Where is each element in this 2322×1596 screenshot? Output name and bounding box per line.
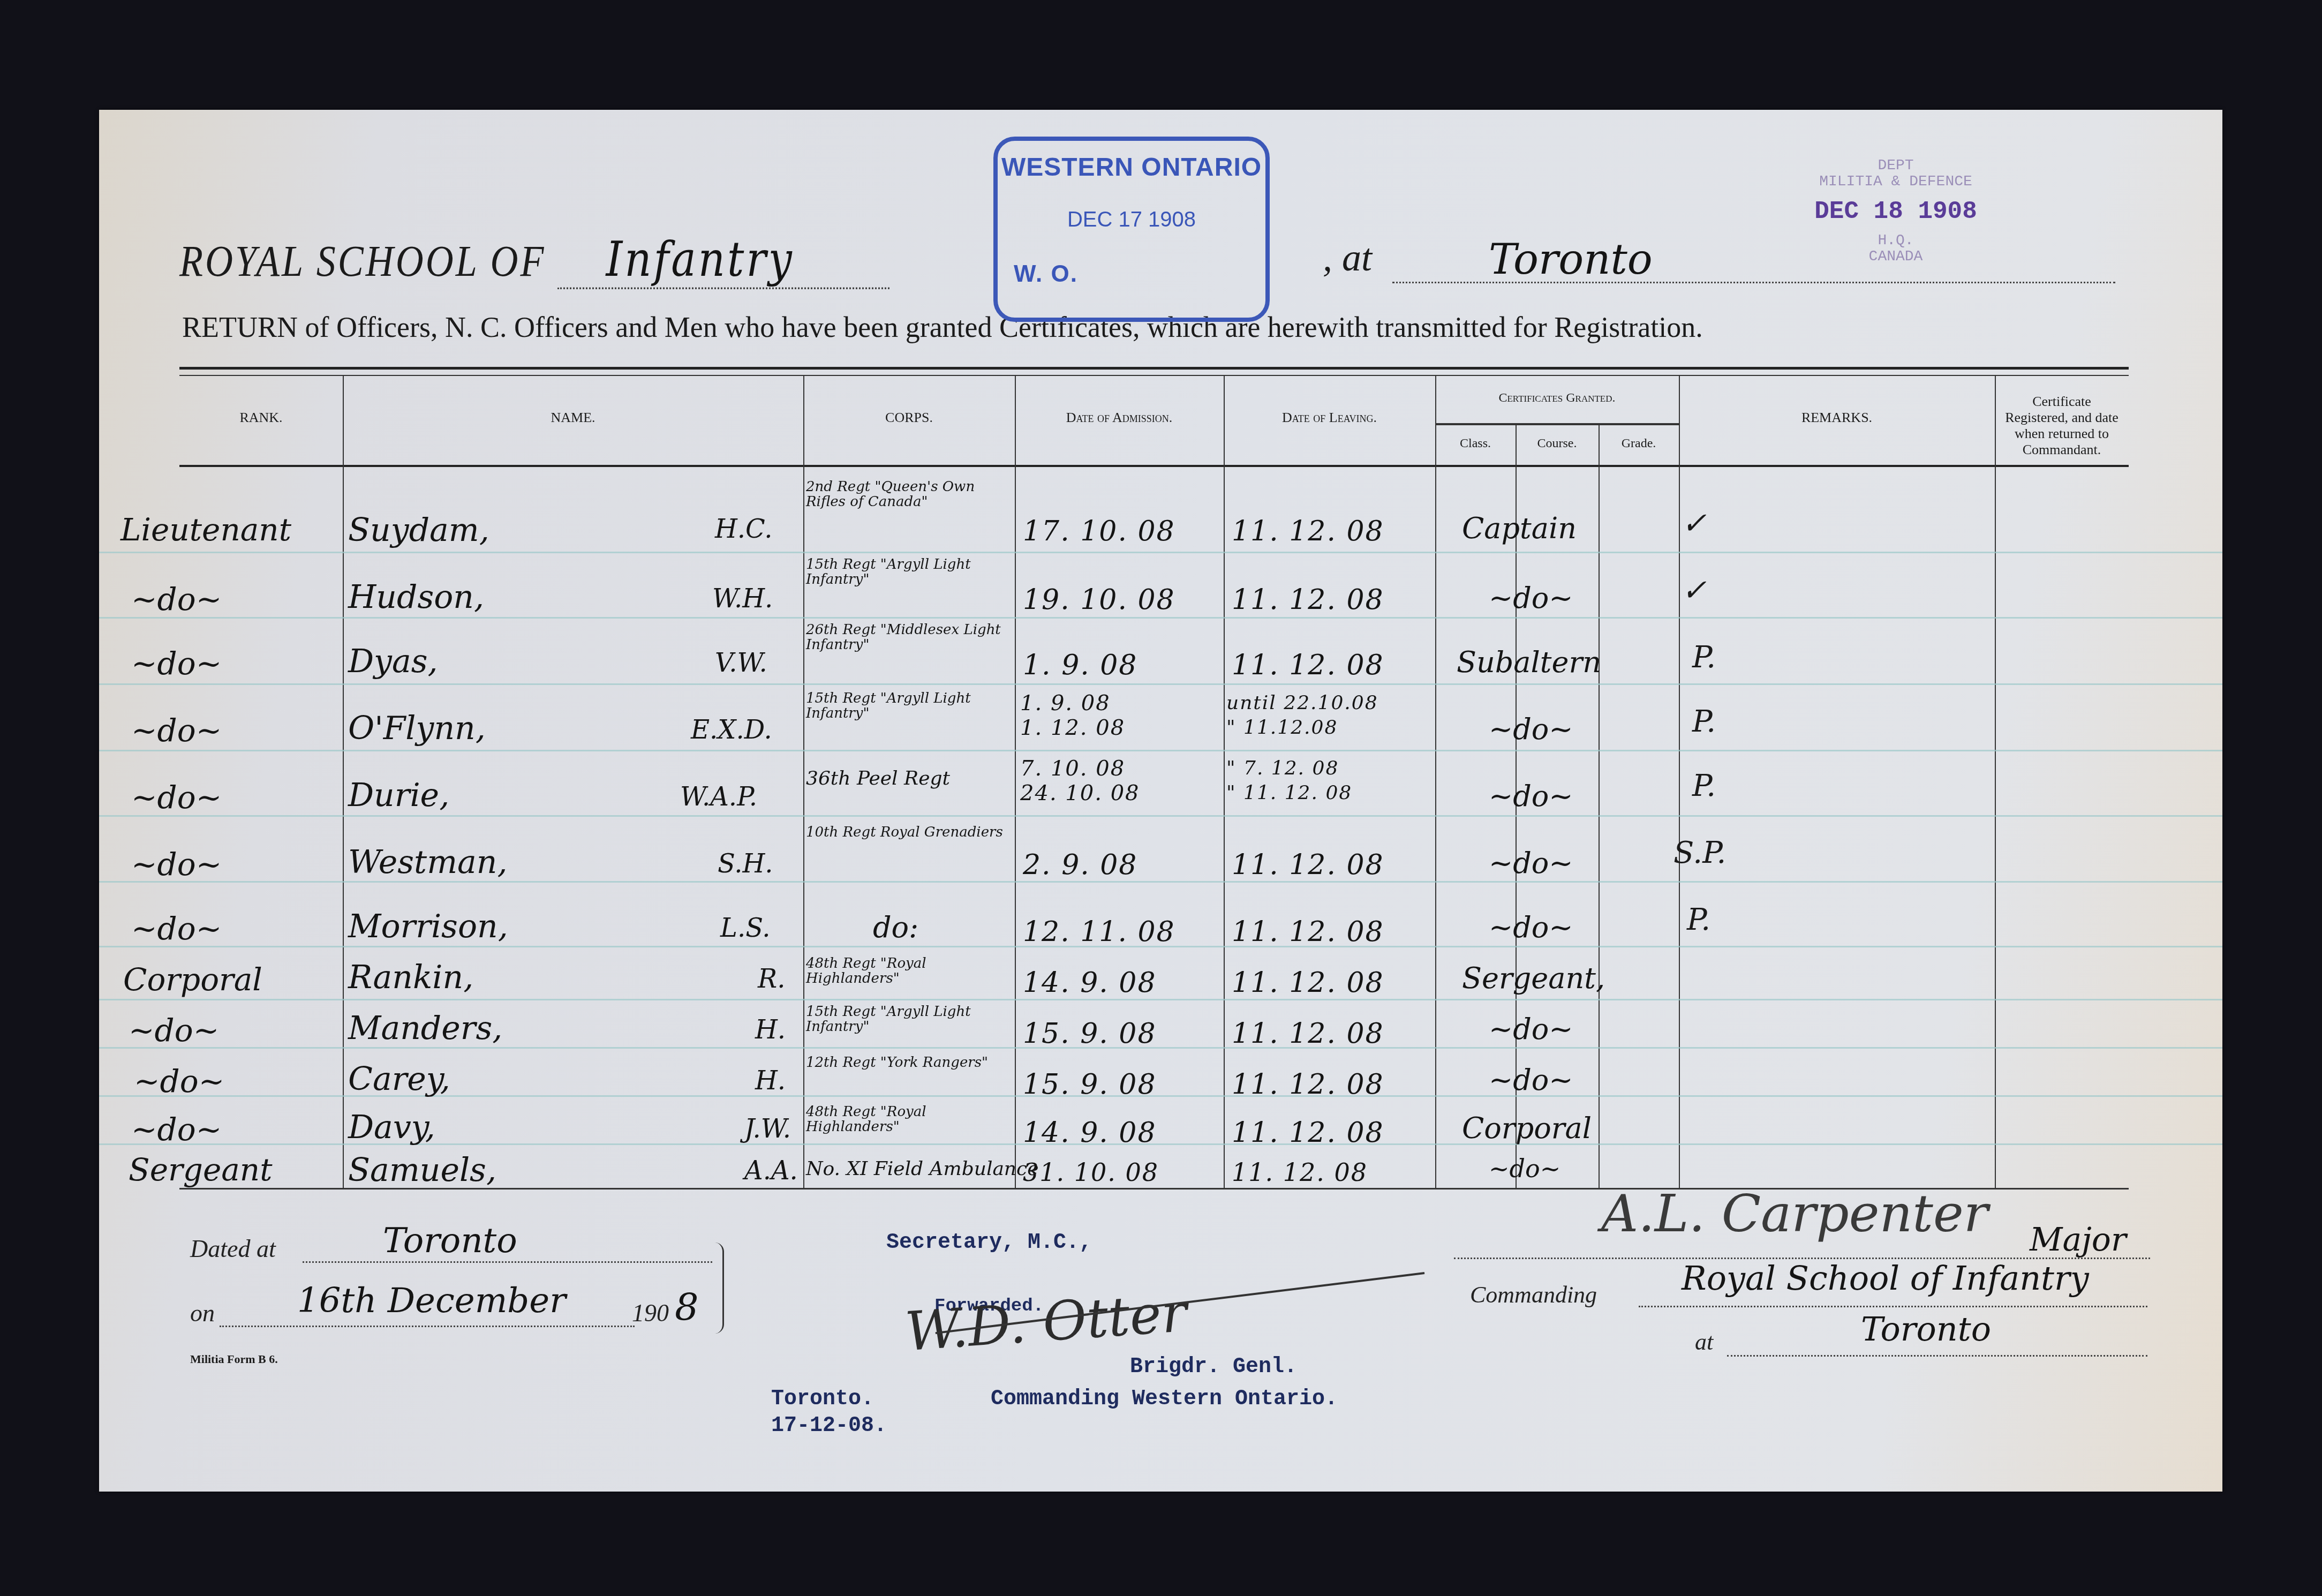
cell-admission: 14. 9. 08 <box>1023 1117 1157 1149</box>
cell-class: Subaltern <box>1457 645 1601 679</box>
header-course: Course. <box>1516 436 1599 451</box>
cell-remarks: P. <box>1692 640 1716 675</box>
cell-admission: 17. 10. 08 <box>1023 515 1175 547</box>
form-id: Militia Form B 6. <box>190 1352 278 1366</box>
cell-class: ~do~ <box>1489 1012 1573 1046</box>
cell-class: ~do~ <box>1489 846 1573 880</box>
cell-leaving: 11. 12. 08 <box>1232 849 1384 881</box>
header-grade: Grade. <box>1599 436 1679 451</box>
header-certificates-granted: Certificates Granted. <box>1435 391 1679 405</box>
cell-corps: 10th Regt Royal Grenadiers <box>806 825 1012 840</box>
typed-date: 17-12-08. <box>771 1414 887 1438</box>
cell-initials: E.X.D. <box>691 715 772 745</box>
date-brace <box>715 1243 724 1334</box>
return-description: RETURN of Officers, N. C. Officers and M… <box>182 311 1703 344</box>
cell-corps: 48th Regt "Royal Highlanders" <box>806 1104 1020 1134</box>
cell-rank: Lieutenant <box>120 511 291 548</box>
cell-rank: ~do~ <box>131 645 222 682</box>
cell-class: ~do~ <box>1489 779 1573 813</box>
cell-initials: S.H. <box>718 849 773 879</box>
ruled-line <box>99 750 2222 751</box>
secretary-line: Secretary, M.C., <box>886 1231 1092 1255</box>
cell-initials: H. <box>755 1015 786 1045</box>
header-class: Class. <box>1435 436 1516 451</box>
cell-corps: 15th Regt "Argyll Light Infantry" <box>806 691 1012 721</box>
at-label-footer: at <box>1695 1328 1713 1356</box>
at-label: , at <box>1323 236 1372 280</box>
cell-rank: ~do~ <box>129 1012 219 1049</box>
ruled-line <box>99 552 2222 553</box>
cell-initials: W.H. <box>712 584 773 614</box>
col-divider <box>1435 375 1436 1188</box>
commanding-western-ontario: Commanding Western Ontario. <box>991 1387 1338 1411</box>
cell-remarks: S.P. <box>1673 835 1726 870</box>
dated-at-value: Toronto <box>383 1221 517 1261</box>
cell-admission: 7. 10. 08 24. 10. 08 <box>1020 756 1140 805</box>
at-value-footer: Toronto <box>1861 1309 1991 1349</box>
cell-class: ~do~ <box>1489 581 1573 615</box>
header-registered: Certificate Registered, and date when re… <box>2000 394 2123 458</box>
cell-remarks: ✓ <box>1682 573 1707 608</box>
cell-initials: H.C. <box>715 514 772 544</box>
col-divider <box>1224 375 1225 1188</box>
typed-place: Toronto. <box>771 1387 874 1411</box>
cell-initials: R. <box>758 964 785 994</box>
cell-name: Samuels, <box>348 1151 496 1189</box>
ruled-line <box>99 1047 2222 1049</box>
cell-name: Morrison, <box>348 908 508 945</box>
cell-name: Davy, <box>348 1109 435 1146</box>
cell-class: Sergeant, <box>1462 961 1605 995</box>
on-field: 16th December <box>220 1285 635 1327</box>
commanding-value: Royal School of Infantry <box>1682 1259 2089 1298</box>
cell-leaving: 11. 12. 08 <box>1232 649 1384 681</box>
cell-remarks: ✓ <box>1682 506 1707 541</box>
school-subject: Infantry <box>606 232 794 288</box>
school-title: ROYAL SCHOOL OF Infantry <box>179 232 889 289</box>
school-subject-field: Infantry <box>557 232 889 289</box>
ruled-line <box>99 999 2222 1000</box>
cell-class: ~do~ <box>1489 910 1573 944</box>
cell-leaving: 11. 12. 08 <box>1232 967 1384 999</box>
header-date-admission: Date of Admission. <box>1015 410 1224 426</box>
header-rank: RANK. <box>179 410 343 426</box>
cell-name: Suydam, <box>348 511 489 549</box>
stamp-line4: CANADA <box>1783 249 2008 265</box>
dated-at-field: Toronto <box>303 1221 712 1263</box>
cell-leaving: 11. 12. 08 <box>1232 916 1384 948</box>
commanding-field: Royal School of Infantry <box>1639 1264 2147 1307</box>
cell-admission: 1. 9. 08 <box>1023 649 1137 681</box>
stamp-line1: DEPT <box>1783 158 2008 174</box>
brigadier-line: Brigdr. Genl. <box>1130 1355 1297 1379</box>
cell-corps: 15th Regt "Argyll Light Infantry" <box>806 557 1012 587</box>
header-bottom-rule <box>179 465 2129 467</box>
cell-rank: ~do~ <box>131 712 222 749</box>
commanding-label: Commanding <box>1470 1281 1597 1308</box>
cell-leaving: 11. 12. 08 <box>1232 1117 1384 1149</box>
stamp-line1: WESTERN ONTARIO <box>998 153 1265 182</box>
cell-rank: ~do~ <box>131 581 222 618</box>
certs-subheader-rule <box>1435 423 1679 425</box>
cell-rank: ~do~ <box>134 1063 224 1100</box>
year-suffix: 8 <box>675 1285 699 1329</box>
cell-remarks: P. <box>1692 704 1716 739</box>
cell-corps: 26th Regt "Middlesex Light Infantry" <box>806 622 1012 652</box>
cell-remarks: P. <box>1692 769 1716 803</box>
cell-corps: 12th Regt "York Rangers" <box>806 1055 1020 1070</box>
cell-initials: V.W. <box>715 648 767 678</box>
cell-leaving: 11. 12. 08 <box>1232 584 1384 616</box>
cell-admission: 31. 10. 08 <box>1023 1158 1159 1187</box>
cell-name: Manders, <box>348 1010 502 1047</box>
cell-admission: 2. 9. 08 <box>1023 849 1137 881</box>
cell-leaving: 11. 12. 08 <box>1232 1068 1384 1101</box>
col-divider <box>803 375 804 1188</box>
signature-line <box>1454 1215 2150 1259</box>
ruled-line <box>99 683 2222 685</box>
on-label: on <box>190 1299 215 1327</box>
cell-admission: 14. 9. 08 <box>1023 967 1157 999</box>
at-field-footer: Toronto <box>1727 1315 2147 1357</box>
header-corps: CORPS. <box>803 410 1015 426</box>
title-prefix: ROYAL SCHOOL OF <box>179 236 546 285</box>
militia-dept-stamp: DEPT MILITIA & DEFENCE DEC 18 1908 H.Q. … <box>1783 158 2008 319</box>
cell-class: Corporal <box>1462 1111 1592 1145</box>
cell-initials: W.A.P. <box>680 782 757 812</box>
stamp-date: DEC 17 1908 <box>998 208 1265 232</box>
year-prefix: 190 <box>632 1299 669 1327</box>
cell-admission: 15. 9. 08 <box>1023 1018 1157 1050</box>
cell-leaving: 11. 12. 08 <box>1232 1158 1368 1187</box>
col-divider <box>1599 423 1600 1188</box>
stamp-line3: H.Q. <box>1783 233 2008 249</box>
cell-class: ~do~ <box>1489 712 1573 746</box>
cell-leaving: 11. 12. 08 <box>1232 1018 1384 1050</box>
cell-admission: 15. 9. 08 <box>1023 1068 1157 1101</box>
stamp-date: DEC 18 1908 <box>1783 198 2008 225</box>
cell-class: Captain <box>1462 511 1577 545</box>
western-ontario-stamp: WESTERN ONTARIO DEC 17 1908 W. O. <box>993 137 1270 322</box>
header-remarks: REMARKS. <box>1679 410 1995 426</box>
stamp-line3: W. O. <box>1014 261 1265 288</box>
cell-corps: 15th Regt "Argyll Light Infantry" <box>806 1004 1020 1034</box>
cell-corps: 48th Regt "Royal Highlanders" <box>806 956 1020 986</box>
cell-rank: Corporal <box>123 961 262 998</box>
location-value: Toronto <box>1489 236 1653 284</box>
cell-leaving: until 22.10.08 " 11.12.08 <box>1226 691 1433 740</box>
cell-admission: 19. 10. 08 <box>1023 584 1175 616</box>
col-divider <box>1995 375 1996 1188</box>
cell-remarks: P. <box>1687 902 1710 937</box>
on-value: 16th December <box>297 1281 566 1321</box>
cell-corps: No. XI Field Ambulance <box>806 1158 1039 1180</box>
cell-name: Rankin, <box>348 959 473 996</box>
dated-at-label: Dated at <box>190 1234 276 1263</box>
cell-rank: ~do~ <box>131 910 222 947</box>
stamp-line2: MILITIA & DEFENCE <box>1783 174 2008 190</box>
cell-rank: Sergeant <box>129 1151 272 1188</box>
ruled-line <box>99 617 2222 619</box>
cell-initials: J.W. <box>744 1114 791 1144</box>
table-top-rule <box>179 367 2129 370</box>
header-name: NAME. <box>343 410 803 426</box>
cell-admission: 12. 11. 08 <box>1023 916 1175 948</box>
cell-name: O'Flynn, <box>348 710 486 747</box>
cell-admission: 1. 9. 08 1. 12. 08 <box>1020 691 1125 740</box>
cell-initials: A.A. <box>744 1156 798 1186</box>
table-top-rule-thin <box>179 375 2129 376</box>
cell-class: ~do~ <box>1489 1063 1573 1097</box>
header-date-leaving: Date of Leaving. <box>1224 410 1435 426</box>
cell-initials: L.S. <box>720 913 771 943</box>
ruled-line <box>99 881 2222 883</box>
cell-rank: ~do~ <box>131 846 222 883</box>
cell-corps: 36th Peel Regt <box>806 771 1012 786</box>
ruled-line <box>99 815 2222 817</box>
cell-initials: H. <box>755 1066 786 1096</box>
cell-corps: do: <box>873 910 918 944</box>
cell-corps: 2nd Regt "Queen's Own Rifles of Canada" <box>806 479 1012 509</box>
cell-leaving: " 7. 12. 08 " 11. 12. 08 <box>1226 756 1433 805</box>
cell-name: Hudson, <box>348 578 484 616</box>
cell-rank: ~do~ <box>131 1111 222 1148</box>
cell-name: Dyas, <box>348 643 438 680</box>
cell-rank: ~do~ <box>131 779 222 816</box>
col-divider <box>343 375 344 1188</box>
cell-name: Durie, <box>348 777 449 814</box>
cell-name: Carey, <box>348 1060 450 1098</box>
col-divider <box>1679 375 1680 1188</box>
cell-class: ~do~ <box>1489 1154 1560 1183</box>
cell-name: Westman, <box>348 844 508 881</box>
cell-leaving: 11. 12. 08 <box>1232 515 1384 547</box>
